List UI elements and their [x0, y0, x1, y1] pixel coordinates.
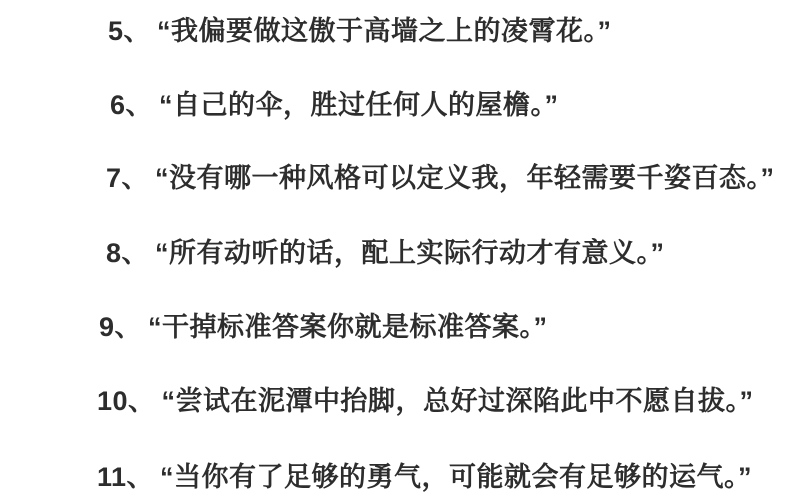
quote-number: 7、 [106, 162, 149, 196]
quote-number: 6、 [110, 89, 153, 123]
quote-line: 6、“自己的伞，胜过任何人的屋檐。” [110, 89, 559, 123]
quote-number: 8、 [106, 237, 149, 271]
quote-text: “我偏要做这傲于高墙之上的凌霄花。” [157, 16, 612, 46]
quote-text: “自己的伞，胜过任何人的屋檐。” [159, 90, 559, 120]
quote-line: 8、“所有动听的话，配上实际行动才有意义。” [106, 237, 665, 271]
quote-list: 5、“我偏要做这傲于高墙之上的凌霄花。” 6、“自己的伞，胜过任何人的屋檐。” … [0, 0, 800, 500]
quote-line: 10、“尝试在泥潭中抬脚，总好过深陷此中不愿自拔。” [97, 385, 754, 419]
quote-line: 7、“没有哪一种风格可以定义我，年轻需要千姿百态。” [106, 162, 775, 196]
quote-text: “没有哪一种风格可以定义我，年轻需要千姿百态。” [155, 163, 775, 193]
quote-number: 5、 [108, 15, 151, 49]
quote-number: 11、 [97, 461, 154, 495]
quote-line: 5、“我偏要做这傲于高墙之上的凌霄花。” [108, 15, 612, 49]
quote-text: “尝试在泥潭中抬脚，总好过深陷此中不愿自拔。” [162, 386, 754, 416]
quote-text: “所有动听的话，配上实际行动才有意义。” [155, 238, 665, 268]
quote-number: 10、 [97, 385, 156, 419]
quote-text: “干掉标准答案你就是标准答案。” [148, 312, 548, 342]
quote-text: “当你有了足够的勇气，可能就会有足够的运气。” [160, 462, 752, 492]
quote-line: 9、“干掉标准答案你就是标准答案。” [99, 311, 548, 345]
quote-number: 9、 [99, 311, 142, 345]
quote-line: 11、“当你有了足够的勇气，可能就会有足够的运气。” [97, 461, 752, 495]
